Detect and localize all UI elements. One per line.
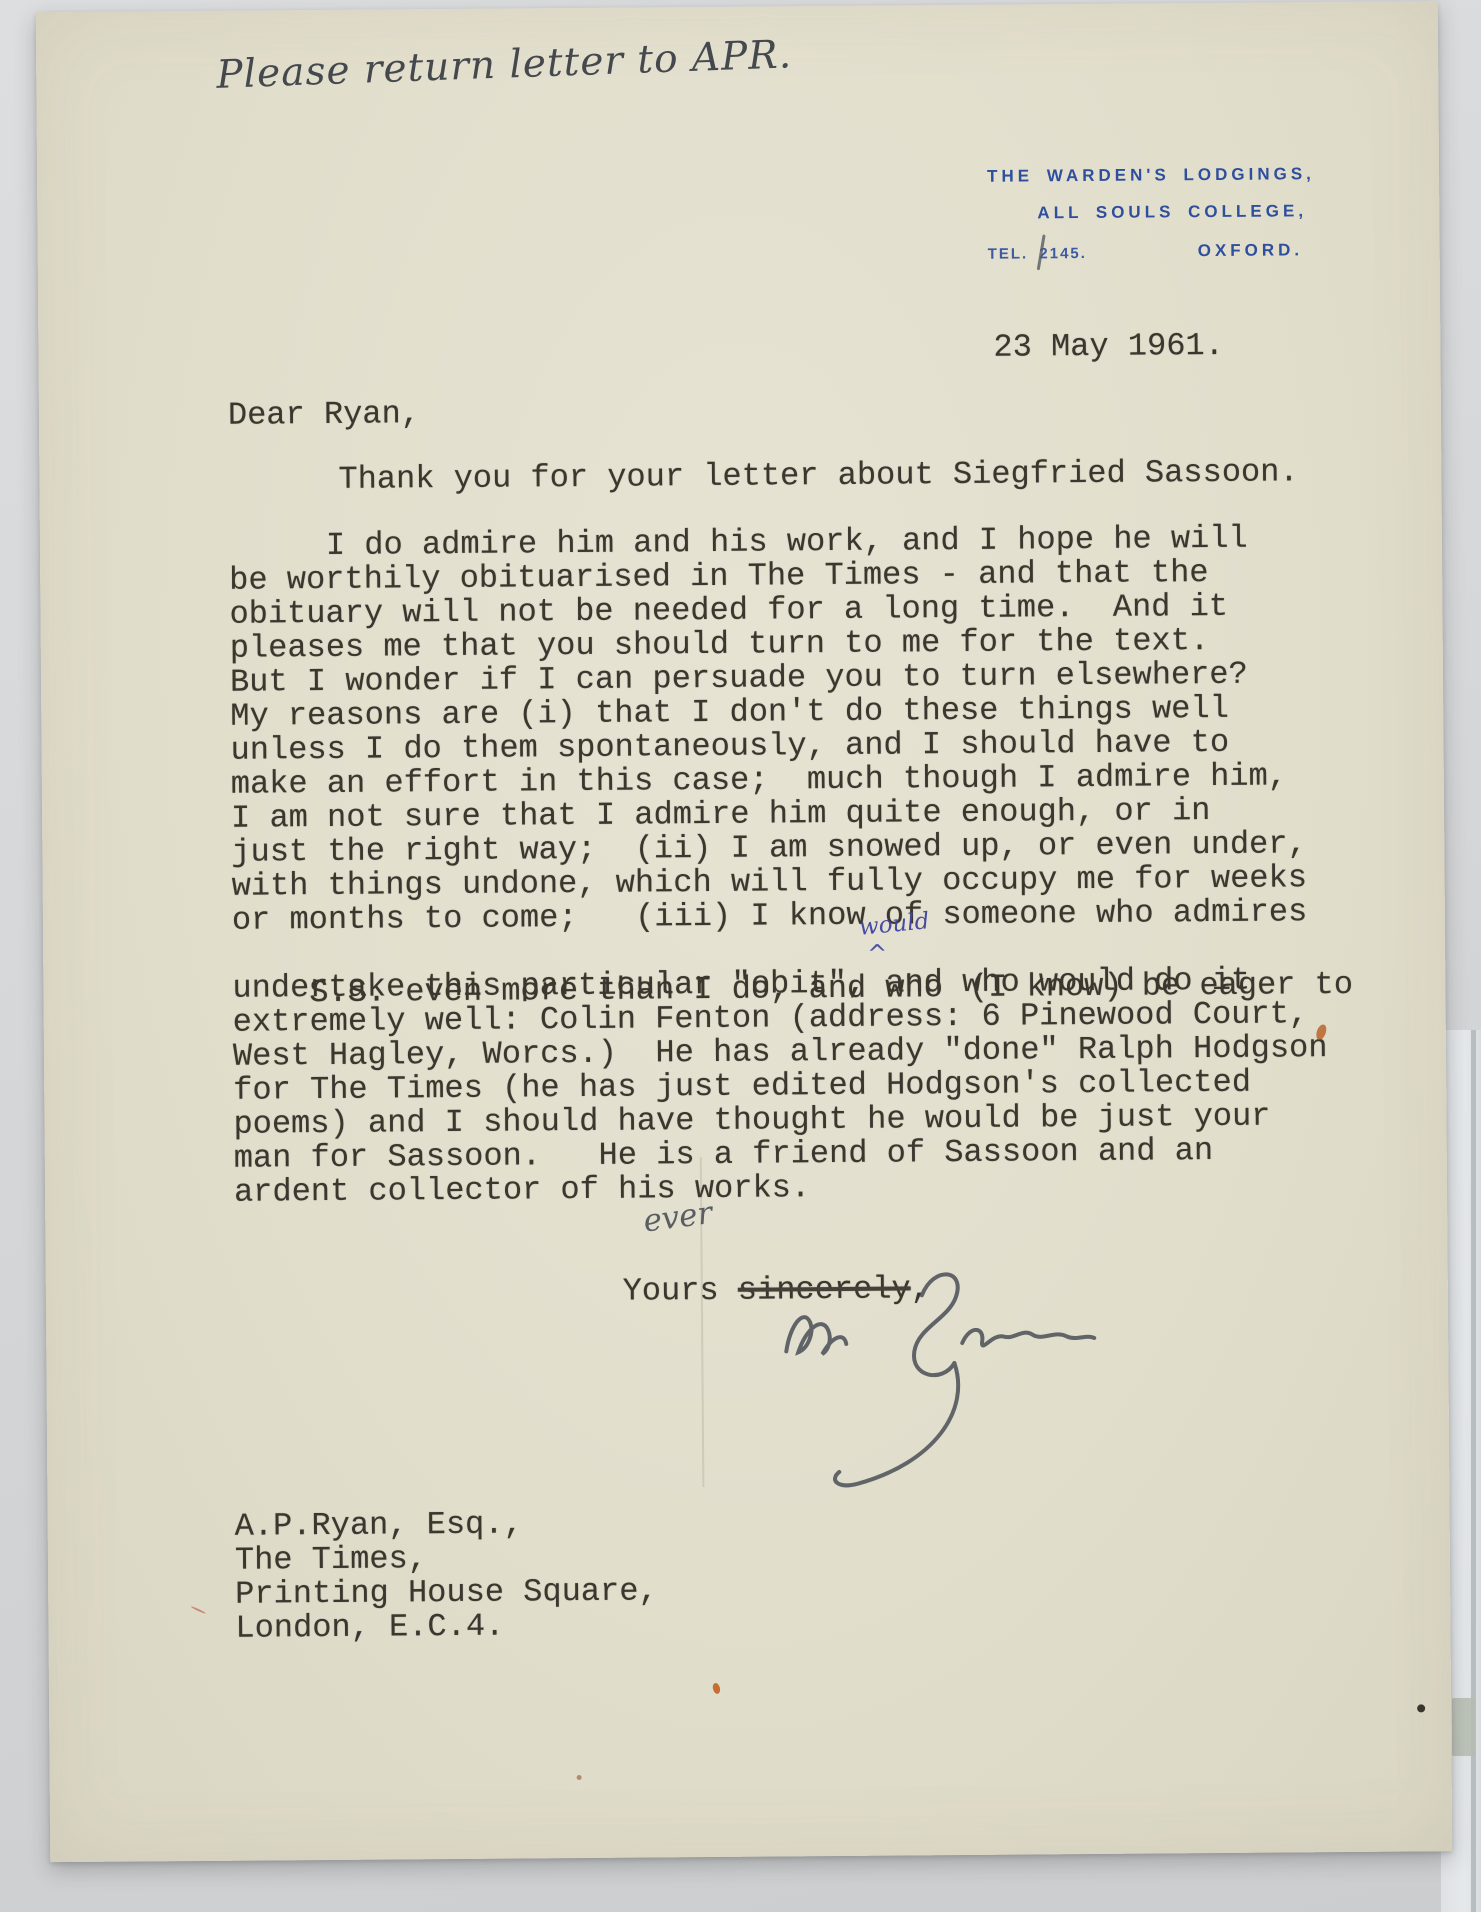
adjacent-object-edge	[1471, 1030, 1476, 1912]
recipient-line: Printing House Square,	[235, 1574, 658, 1611]
salutation: Dear Ryan,	[228, 395, 420, 434]
body-line: ardent collector of his works.	[234, 1167, 1329, 1210]
letterhead-line1: THE WARDEN'S LODGINGS,	[987, 164, 1315, 187]
rust-stain	[712, 1682, 722, 1694]
red-scratch	[191, 1606, 206, 1614]
signature-john-sparrow	[685, 1234, 1127, 1507]
body-paragraph-part2: undertake this particular "obit", and wh…	[232, 963, 1328, 1210]
handwritten-ever: ever	[641, 1195, 714, 1240]
ink-speck	[1417, 1704, 1425, 1712]
handwritten-return-note: Please return letter to APR.	[216, 32, 793, 98]
recipient-address-block: A.P.Ryan, Esq.,The Times,Printing House …	[235, 1506, 659, 1645]
letter-date: 23 May 1961.	[993, 327, 1224, 366]
recipient-line: A.P.Ryan, Esq.,	[235, 1506, 658, 1543]
adjacent-object-tab	[1452, 1698, 1476, 1756]
rust-stain	[577, 1775, 582, 1780]
letter-paper: Please return letter to APR. THE WARDEN'…	[36, 1, 1452, 1862]
letterhead-city: OXFORD.	[1198, 240, 1304, 261]
opening-line: Thank you for your letter about Siegfrie…	[338, 453, 1298, 498]
letterhead-line2: ALL SOULS COLLEGE,	[1037, 201, 1307, 223]
body-paragraph-part1: I do admire him and his work, and I hope…	[229, 521, 1308, 937]
insertion-caret-icon: ^	[867, 940, 887, 968]
recipient-line: London, E.C.4.	[235, 1608, 658, 1645]
